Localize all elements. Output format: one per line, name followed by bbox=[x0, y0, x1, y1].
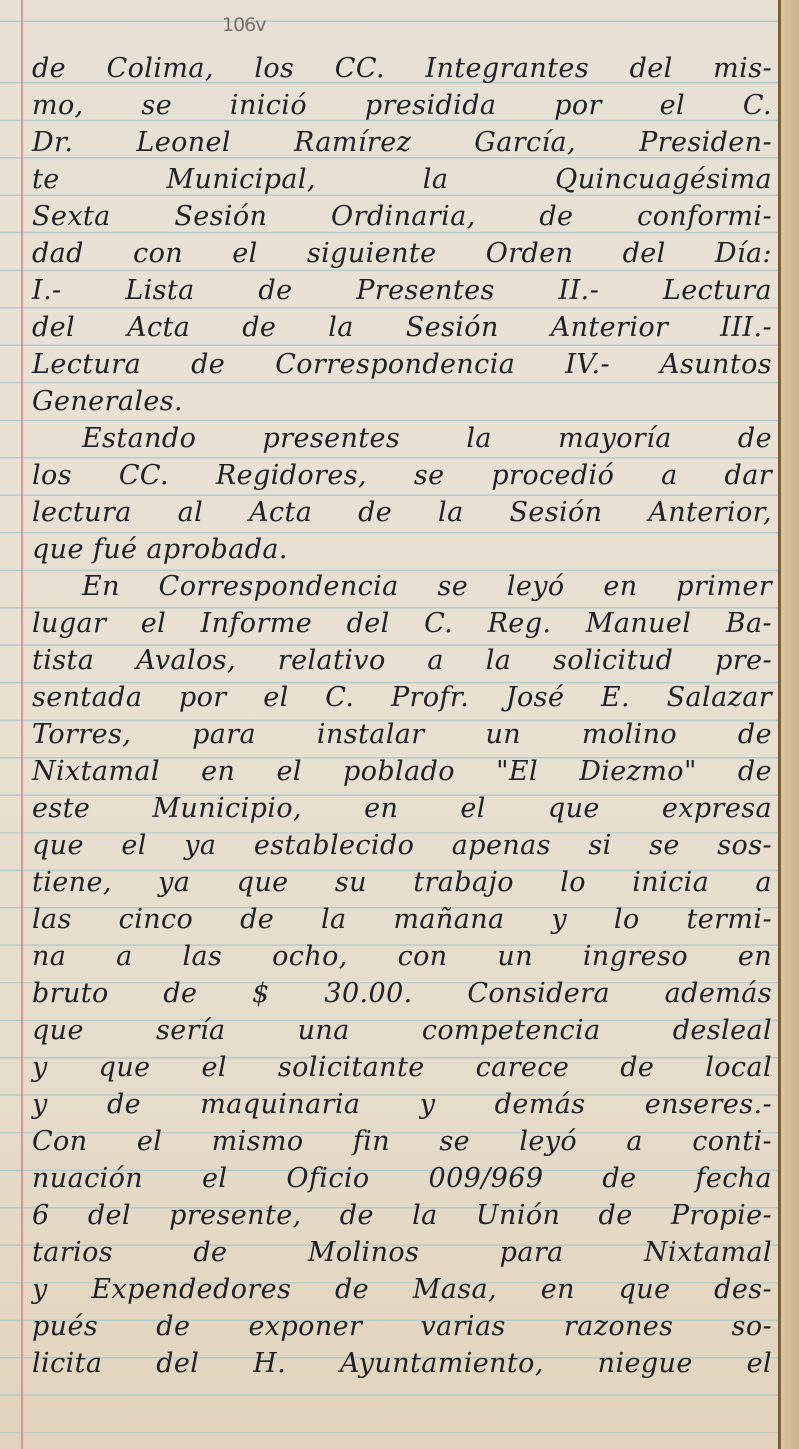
folio-number: 106v bbox=[222, 14, 266, 36]
handwritten-text-block: de Colima, los CC. Integrantes del mis- … bbox=[32, 50, 772, 1382]
text-line: y de maquinaria y demás enseres.- bbox=[32, 1086, 772, 1123]
text-line: licita del H. Ayuntamiento, niegue el bbox=[32, 1345, 772, 1382]
text-line: y que el solicitante carece de local bbox=[32, 1049, 772, 1086]
text-line: lectura al Acta de la Sesión Anterior, bbox=[32, 494, 772, 531]
text-line: este Municipio, en el que expresa bbox=[32, 790, 772, 827]
adjacent-page-edge bbox=[781, 0, 799, 1449]
text-line: del Acta de la Sesión Anterior III.- bbox=[32, 309, 772, 346]
text-line: na a las ocho, con un ingreso en bbox=[32, 938, 772, 975]
text-line: y Expendedores de Masa, en que des- bbox=[32, 1271, 772, 1308]
text-line: que el ya establecido apenas si se sos- bbox=[32, 827, 772, 864]
text-line: Torres, para instalar un molino de bbox=[32, 716, 772, 753]
red-margin-line bbox=[21, 0, 23, 1449]
text-line: lugar el Informe del C. Reg. Manuel Ba- bbox=[32, 605, 772, 642]
text-line: te Municipal, la Quincuagésima bbox=[32, 161, 772, 198]
text-line: nuación el Oficio 009/969 de fecha bbox=[32, 1160, 772, 1197]
text-line: tiene, ya que su trabajo lo inicia a bbox=[32, 864, 772, 901]
text-line: I.- Lista de Presentes II.- Lectura bbox=[32, 272, 772, 309]
text-line: Nixtamal en el poblado "El Diezmo" de bbox=[32, 753, 772, 790]
text-line: sentada por el C. Profr. José E. Salazar bbox=[32, 679, 772, 716]
ledger-page: 106v de Colima, los CC. Integrantes del … bbox=[0, 0, 780, 1449]
text-line: Generales. bbox=[32, 383, 772, 420]
text-line: Con el mismo fin se leyó a conti- bbox=[32, 1123, 772, 1160]
text-line: pués de exponer varias razones so- bbox=[32, 1308, 772, 1345]
text-line-paragraph-start: En Correspondencia se leyó en primer bbox=[32, 568, 772, 605]
text-line: 6 del presente, de la Unión de Propie- bbox=[32, 1197, 772, 1234]
text-line: bruto de $ 30.00. Considera además bbox=[32, 975, 772, 1012]
text-line: Lectura de Correspondencia IV.- Asuntos bbox=[32, 346, 772, 383]
text-line: Sexta Sesión Ordinaria, de conformi- bbox=[32, 198, 772, 235]
text-line: las cinco de la mañana y lo termi- bbox=[32, 901, 772, 938]
text-line: Dr. Leonel Ramírez García, Presiden- bbox=[32, 124, 772, 161]
text-line: dad con el siguiente Orden del Día: bbox=[32, 235, 772, 272]
text-line: los CC. Regidores, se procedió a dar bbox=[32, 457, 772, 494]
text-line: que sería una competencia desleal bbox=[32, 1012, 772, 1049]
text-line: que fué aprobada. bbox=[32, 531, 772, 568]
text-line: tista Avalos, relativo a la solicitud pr… bbox=[32, 642, 772, 679]
text-line: tarios de Molinos para Nixtamal bbox=[32, 1234, 772, 1271]
text-line: mo, se inició presidida por el C. bbox=[32, 87, 772, 124]
text-line-paragraph-start: Estando presentes la mayoría de bbox=[32, 420, 772, 457]
text-line: de Colima, los CC. Integrantes del mis- bbox=[32, 50, 772, 87]
